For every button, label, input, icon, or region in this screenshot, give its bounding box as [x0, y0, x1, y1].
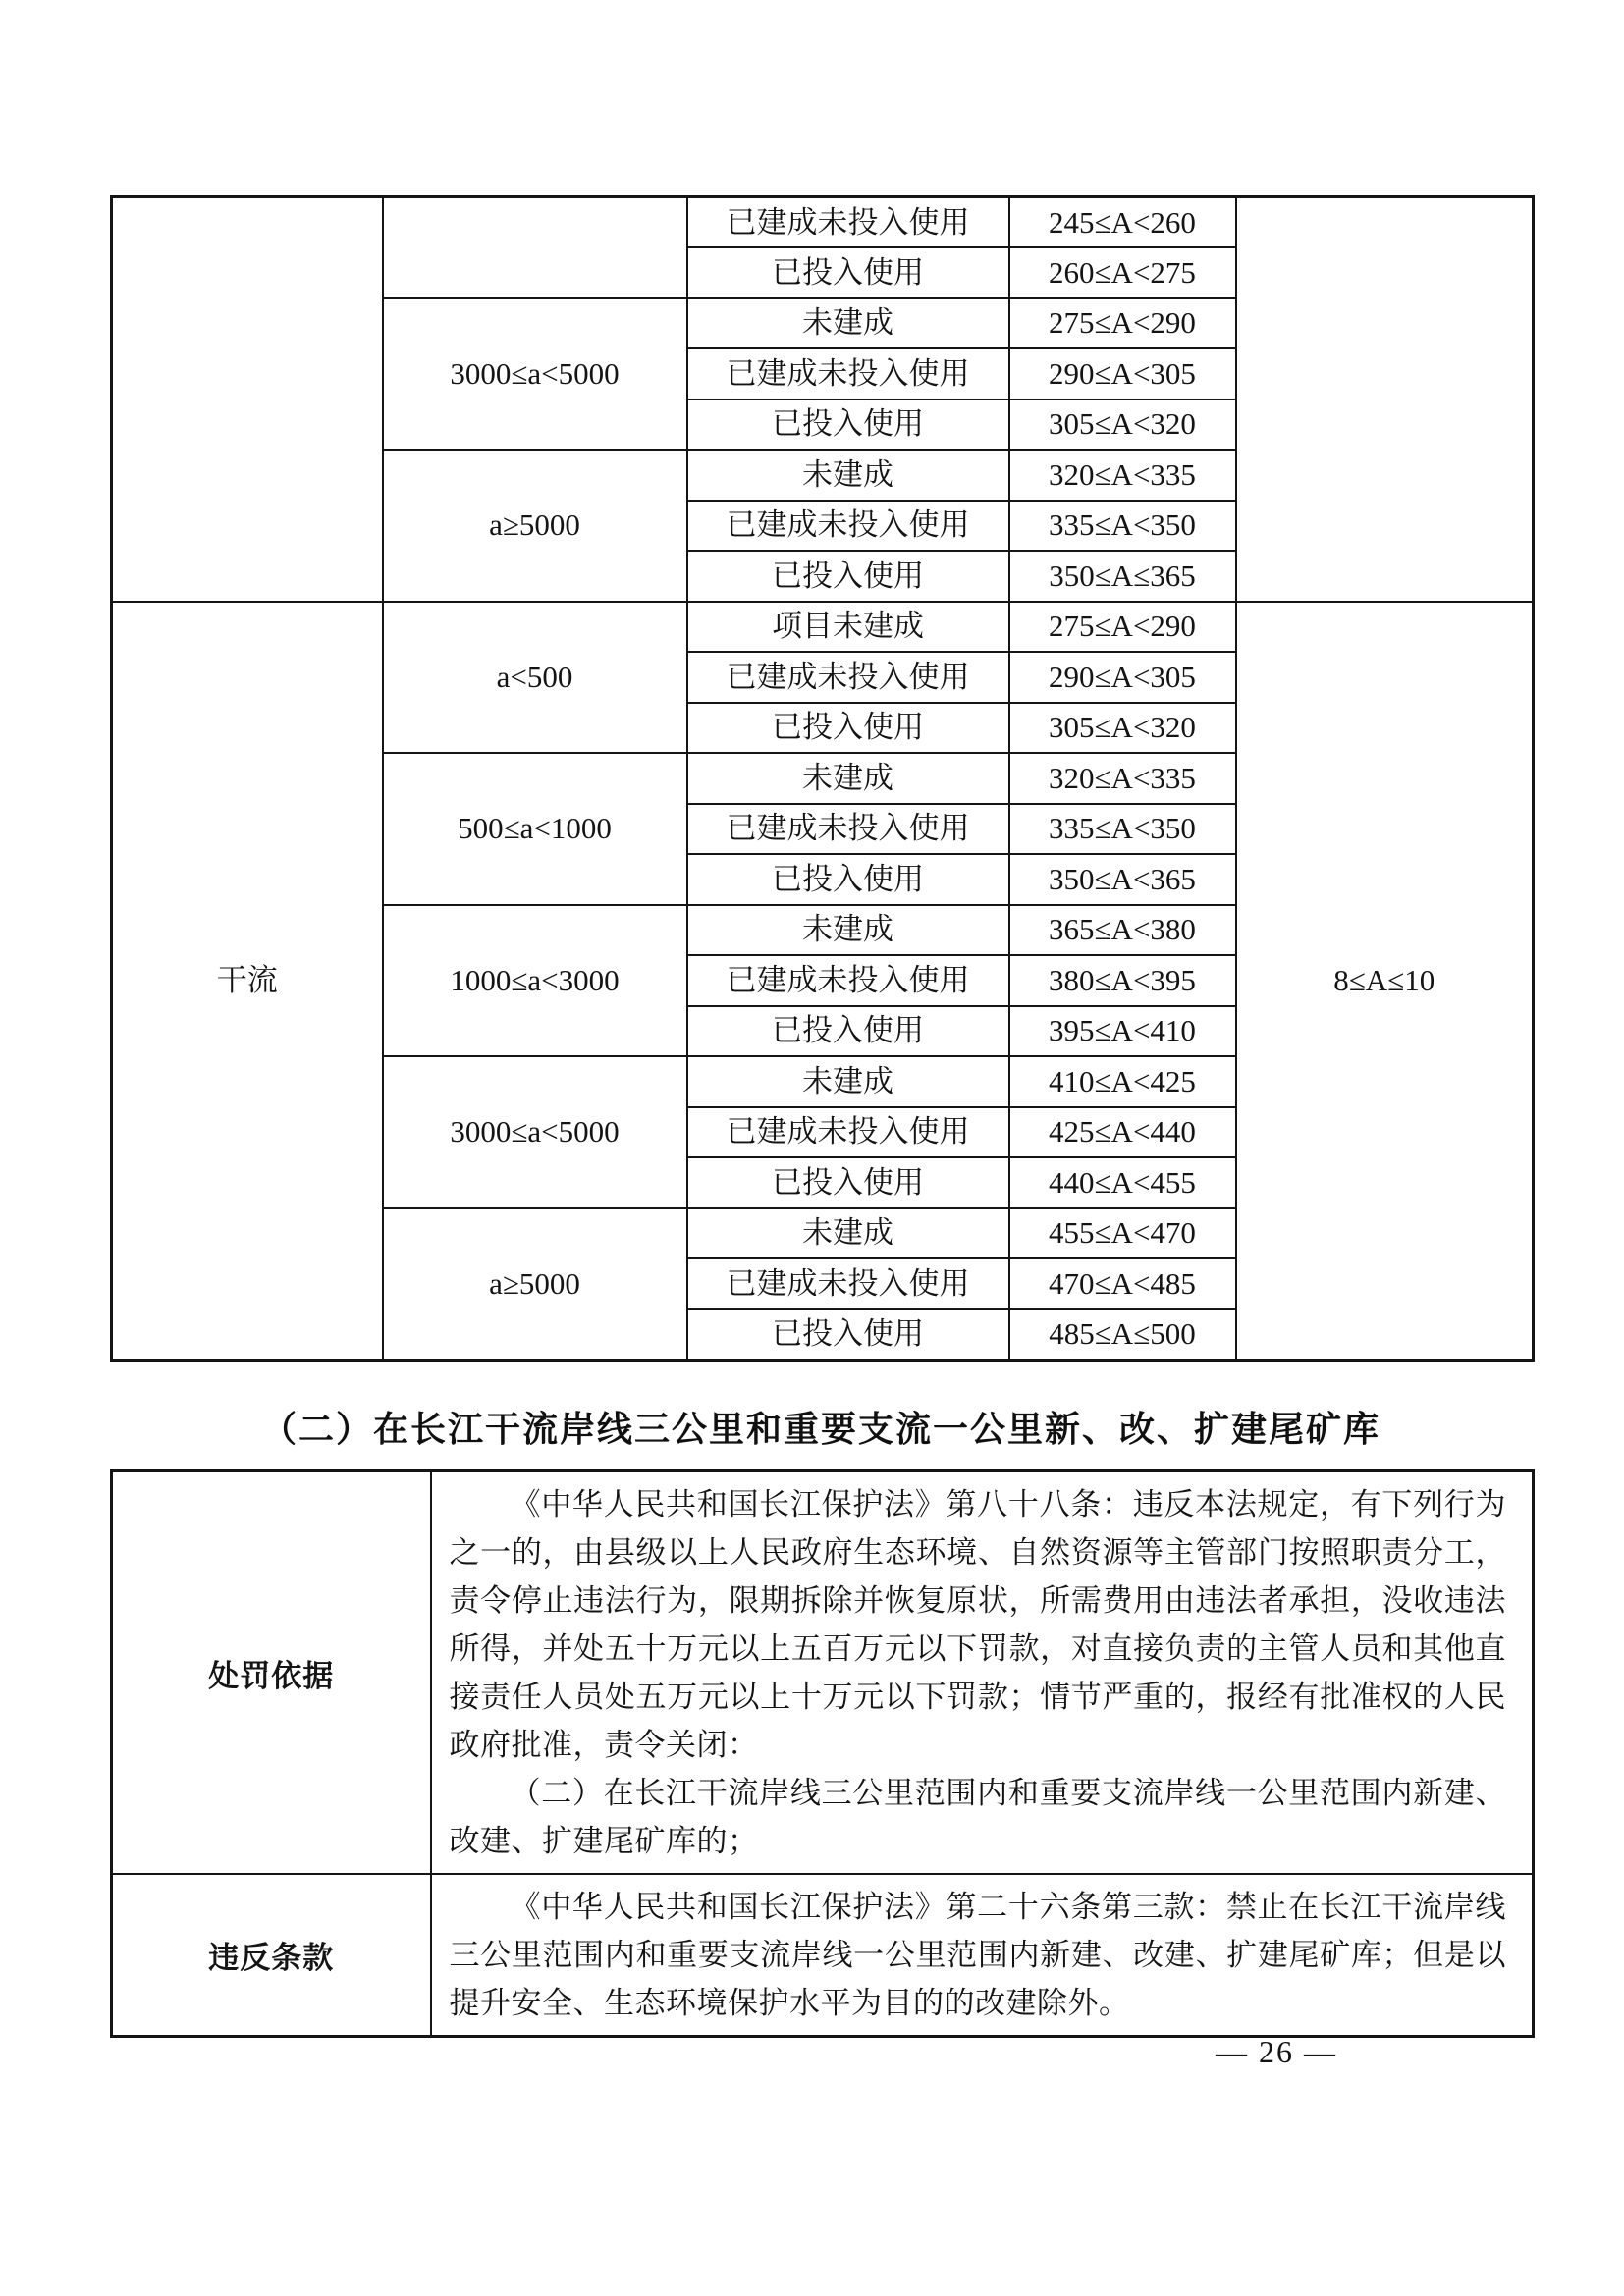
- section-heading: （二）在长江干流岸线三公里和重要支流一公里新、改、扩建尾矿库: [110, 1402, 1532, 1452]
- range-cell: 290≤A<305: [1009, 348, 1236, 400]
- status-cell: 已投入使用: [687, 703, 1009, 754]
- status-cell: 已建成未投入使用: [687, 955, 1009, 1006]
- status-cell: 项目未建成: [687, 602, 1009, 653]
- range-cell: 350≤A≤365: [1009, 551, 1236, 602]
- range-cell: 305≤A<320: [1009, 703, 1236, 754]
- range-cell: 455≤A<470: [1009, 1208, 1236, 1259]
- capacity-cell: 3000≤a<5000: [383, 1056, 687, 1208]
- table-row: 干流 a<500 项目未建成 275≤A<290 8≤A≤10: [112, 602, 1534, 653]
- range-cell: 335≤A<350: [1009, 501, 1236, 552]
- status-cell: 已投入使用: [687, 1006, 1009, 1057]
- range-cell: 410≤A<425: [1009, 1056, 1236, 1107]
- legal-paragraph: 《中华人民共和国长江保护法》第八十八条：违反本法规定，有下列行为之一的，由县级以…: [450, 1480, 1507, 1769]
- status-cell: 已投入使用: [687, 551, 1009, 602]
- status-cell: 已建成未投入使用: [687, 1258, 1009, 1309]
- penalty-basis-label: 处罚依据: [112, 1471, 431, 1875]
- status-cell: 未建成: [687, 298, 1009, 349]
- status-cell: 已投入使用: [687, 400, 1009, 451]
- range-cell: 290≤A<305: [1009, 652, 1236, 703]
- range-cell: 365≤A<380: [1009, 905, 1236, 956]
- range-cell: 485≤A≤500: [1009, 1309, 1236, 1361]
- violated-clause-label: 违反条款: [112, 1874, 431, 2037]
- legal-paragraph: （二）在长江干流岸线三公里范围内和重要支流岸线一公里范围内新建、改建、扩建尾矿库…: [450, 1769, 1507, 1865]
- status-cell: 未建成: [687, 450, 1009, 501]
- stream-cell: 干流: [112, 602, 383, 1361]
- capacity-cell: a≥5000: [383, 1208, 687, 1361]
- penalty-range-table: 已建成未投入使用 245≤A<260 已投入使用 260≤A<275 3000≤…: [110, 195, 1535, 1362]
- status-cell: 已建成未投入使用: [687, 804, 1009, 855]
- capacity-cell: [383, 197, 687, 298]
- legal-paragraph: 《中华人民共和国长江保护法》第二十六条第三款：禁止在长江干流岸线三公里范围内和重…: [450, 1883, 1507, 2027]
- status-cell: 未建成: [687, 1056, 1009, 1107]
- page-number: — 26 —: [1216, 2034, 1337, 2070]
- status-cell: 已建成未投入使用: [687, 501, 1009, 552]
- legal-basis-table: 处罚依据 《中华人民共和国长江保护法》第八十八条：违反本法规定，有下列行为之一的…: [110, 1469, 1535, 2038]
- document-page: 已建成未投入使用 245≤A<260 已投入使用 260≤A<275 3000≤…: [0, 0, 1624, 2296]
- violated-clause-content: 《中华人民共和国长江保护法》第二十六条第三款：禁止在长江干流岸线三公里范围内和重…: [431, 1874, 1534, 2037]
- range-cell: 425≤A<440: [1009, 1107, 1236, 1158]
- capacity-cell: 1000≤a<3000: [383, 905, 687, 1057]
- range-cell: 275≤A<290: [1009, 602, 1236, 653]
- range-cell: 395≤A<410: [1009, 1006, 1236, 1057]
- range-cell: 320≤A<335: [1009, 753, 1236, 804]
- range-cell: 350≤A<365: [1009, 854, 1236, 905]
- range-cell: 305≤A<320: [1009, 400, 1236, 451]
- range-cell: 245≤A<260: [1009, 197, 1236, 248]
- capacity-cell: 500≤a<1000: [383, 753, 687, 905]
- status-cell: 已投入使用: [687, 854, 1009, 905]
- range-cell: 380≤A<395: [1009, 955, 1236, 1006]
- status-cell: 已建成未投入使用: [687, 197, 1009, 248]
- status-cell: 已投入使用: [687, 1309, 1009, 1361]
- capacity-cell: a≥5000: [383, 450, 687, 602]
- status-cell: 已投入使用: [687, 247, 1009, 298]
- stream-cell: [112, 197, 383, 602]
- status-cell: 已建成未投入使用: [687, 348, 1009, 400]
- status-cell: 已建成未投入使用: [687, 1107, 1009, 1158]
- overall-range-cell: 8≤A≤10: [1236, 602, 1534, 1361]
- range-cell: 260≤A<275: [1009, 247, 1236, 298]
- table-row: 处罚依据 《中华人民共和国长江保护法》第八十八条：违反本法规定，有下列行为之一的…: [112, 1471, 1534, 1875]
- capacity-cell: a<500: [383, 602, 687, 754]
- status-cell: 未建成: [687, 753, 1009, 804]
- range-cell: 470≤A<485: [1009, 1258, 1236, 1309]
- status-cell: 已投入使用: [687, 1157, 1009, 1208]
- status-cell: 未建成: [687, 1208, 1009, 1259]
- penalty-basis-content: 《中华人民共和国长江保护法》第八十八条：违反本法规定，有下列行为之一的，由县级以…: [431, 1471, 1534, 1875]
- overall-range-cell: [1236, 197, 1534, 602]
- range-cell: 440≤A<455: [1009, 1157, 1236, 1208]
- range-cell: 320≤A<335: [1009, 450, 1236, 501]
- status-cell: 未建成: [687, 905, 1009, 956]
- range-cell: 335≤A<350: [1009, 804, 1236, 855]
- capacity-cell: 3000≤a<5000: [383, 298, 687, 451]
- range-cell: 275≤A<290: [1009, 298, 1236, 349]
- table-row: 违反条款 《中华人民共和国长江保护法》第二十六条第三款：禁止在长江干流岸线三公里…: [112, 1874, 1534, 2037]
- table-row: 已建成未投入使用 245≤A<260: [112, 197, 1534, 248]
- status-cell: 已建成未投入使用: [687, 652, 1009, 703]
